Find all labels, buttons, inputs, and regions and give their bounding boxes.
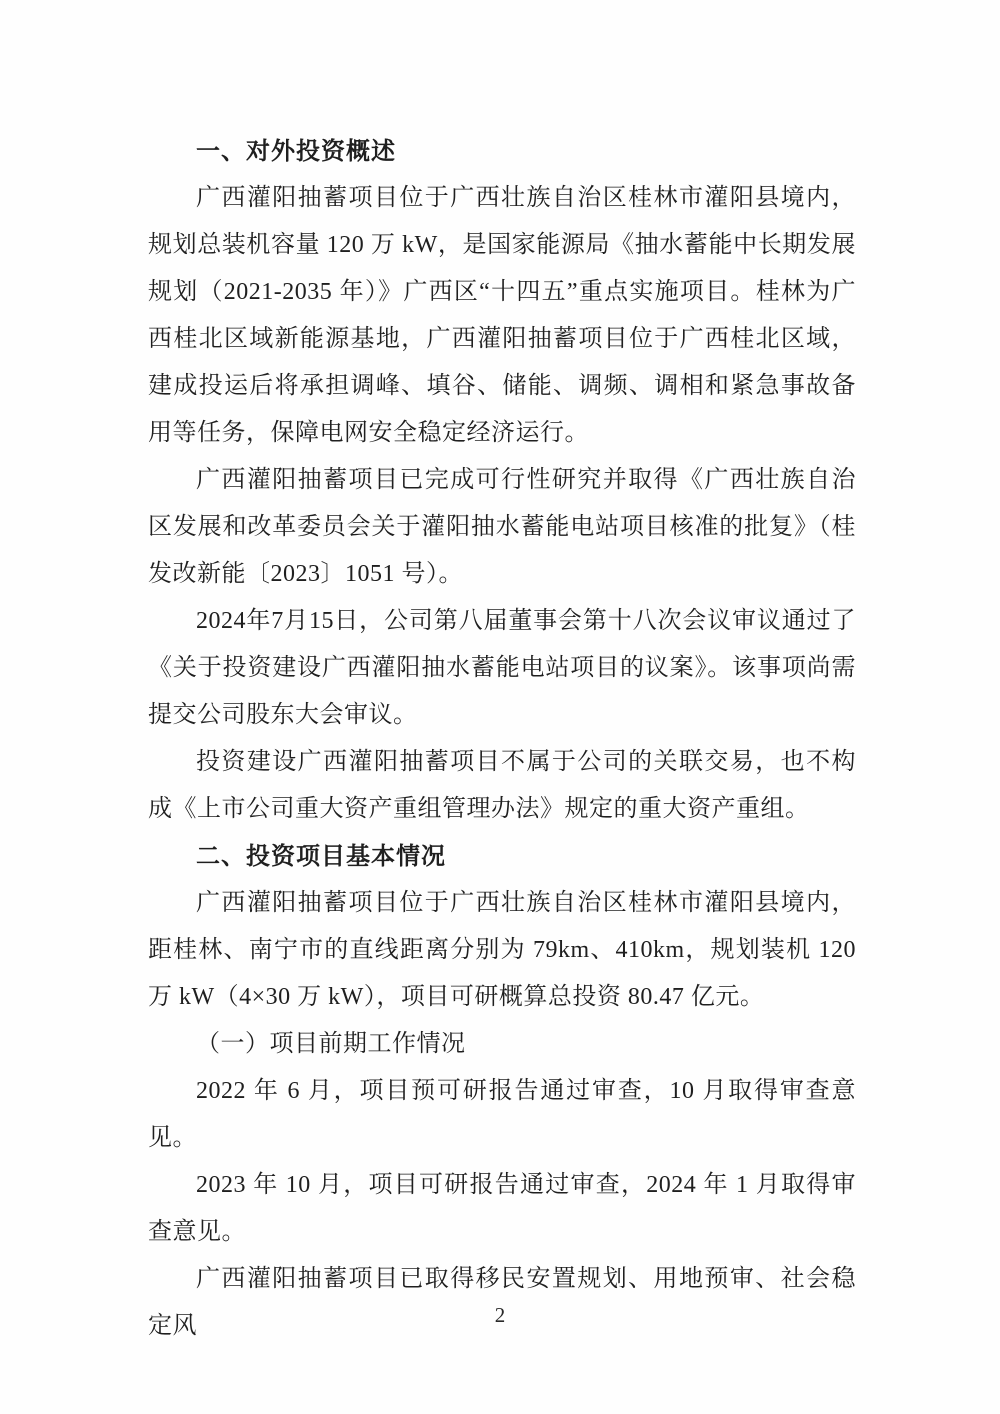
document-body: 一、对外投资概述 广西灌阳抽蓄项目位于广西壮族自治区桂林市灌阳县境内，规划总装机… xyxy=(148,128,856,1350)
page-number: 2 xyxy=(0,1300,1000,1330)
section-2-paragraph-1: 广西灌阳抽蓄项目位于广西壮族自治区桂林市灌阳县境内，距桂林、南宁市的直线距离分别… xyxy=(148,880,856,1021)
document-page: 一、对外投资概述 广西灌阳抽蓄项目位于广西壮族自治区桂林市灌阳县境内，规划总装机… xyxy=(0,0,1000,1414)
section-1-paragraph-4: 投资建设广西灌阳抽蓄项目不属于公司的关联交易，也不构成《上市公司重大资产重组管理… xyxy=(148,739,856,833)
section-1-paragraph-1: 广西灌阳抽蓄项目位于广西壮族自治区桂林市灌阳县境内，规划总装机容量 120 万 … xyxy=(148,175,856,457)
subsection-1-paragraph-1: 2022 年 6 月，项目预可研报告通过审查，10 月取得审查意见。 xyxy=(148,1068,856,1162)
subsection-1-paragraph-2: 2023 年 10 月，项目可研报告通过审查，2024 年 1 月取得审查意见。 xyxy=(148,1162,856,1256)
section-1-paragraph-2: 广西灌阳抽蓄项目已完成可行性研究并取得《广西壮族自治区发展和改革委员会关于灌阳抽… xyxy=(148,457,856,598)
section-2-heading: 二、投资项目基本情况 xyxy=(148,833,856,880)
subsection-1-heading: （一）项目前期工作情况 xyxy=(148,1021,856,1068)
section-1-paragraph-3: 2024年7月15日，公司第八届董事会第十八次会议审议通过了《关于投资建设广西灌… xyxy=(148,598,856,739)
section-1-heading: 一、对外投资概述 xyxy=(148,128,856,175)
